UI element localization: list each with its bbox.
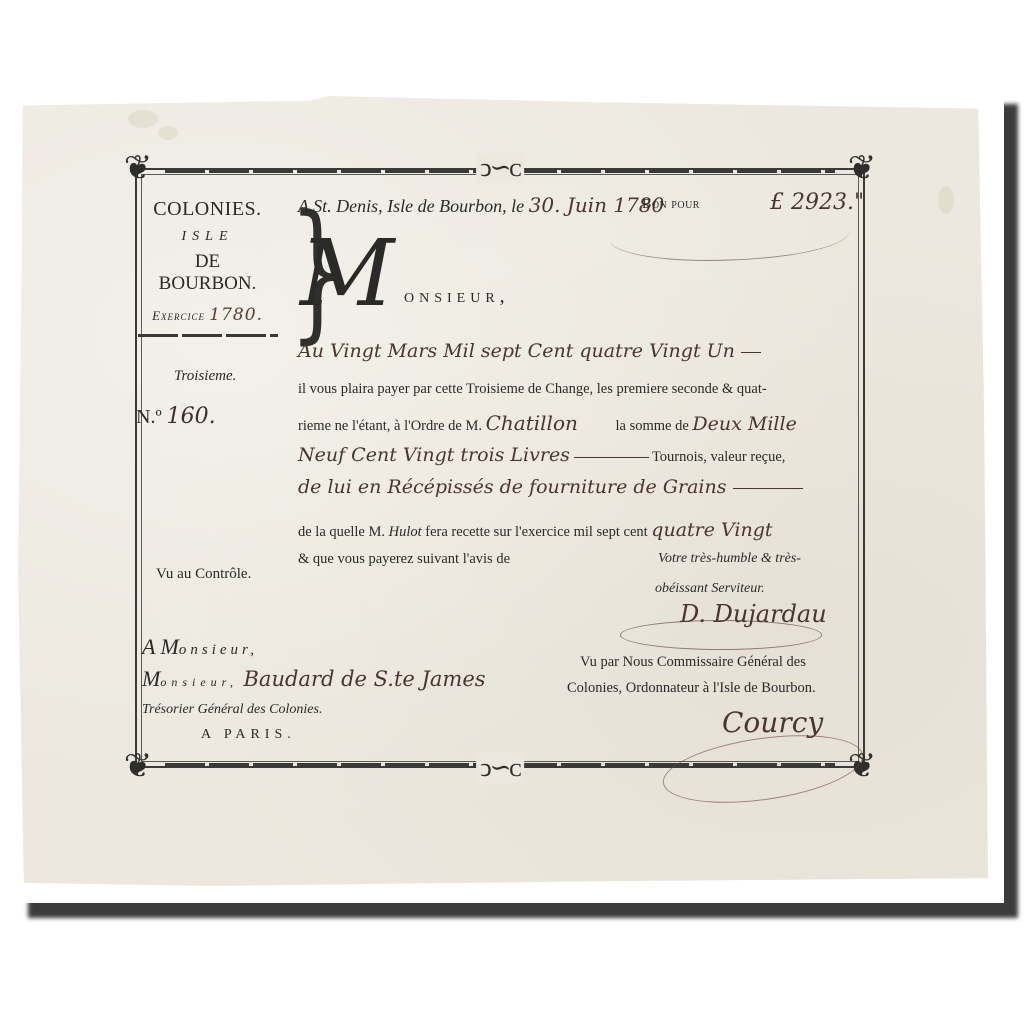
paper-stain [158,126,178,140]
address-rest: onsieur, [179,642,258,658]
closing-line-1: Votre très-humble & très- [658,551,801,567]
scroll-corner-icon: ❦ [121,750,155,784]
signature-courcy: Courcy [722,706,823,739]
place-printed: A St. Denis, Isle de Bourbon, le [298,196,524,216]
body-line-5: de lui en Récépissés de fourniture de Gr… [298,476,803,498]
due-date-handwritten: Au Vingt Mars Mil sept Cent quatre Vingt… [298,340,735,362]
exercice-year: 1780. [209,305,263,325]
body-line-7: & que vous payerez suivant l'avis de [298,551,510,568]
colony-header-box: COLONIES. ISLE DE BOURBON. Exercice 1780… [145,198,270,325]
sum-handwritten-end: Neuf Cent Vingt trois Livres [298,444,570,466]
commissaire-line-1: Vu par Nous Commissaire Général des [580,654,806,671]
quelle-text: de la quelle M. [298,524,385,540]
address-line-2: Monsieur, Baudard de S.te James [142,666,486,692]
bill-number: N.º 160. [136,404,216,429]
scroll-ornament-icon: ↄ∽ᴄ [476,153,524,183]
order-text: rieme ne l'étant, à l'Ordre de M. [298,418,482,434]
scroll-ornament-icon: ↄ∽ᴄ [476,753,524,783]
sum-label: la somme de [616,418,689,434]
number-value: 160. [167,404,216,429]
sum-handwritten-start: Deux Mille [692,413,796,435]
address-initial: M [142,666,160,691]
paper-stain [128,110,158,128]
number-label: N.º [136,406,162,428]
scroll-corner-icon: ❦ [845,152,879,186]
exercice-label: Exercice [152,308,205,323]
hulot-name: Hulot [389,524,422,540]
body-line-3: rieme ne l'étant, à l'Ordre de M. Chatil… [298,411,797,435]
value-received-handwritten: de lui en Récépissés de fourniture de Gr… [298,476,727,498]
exercice-line: Exercice 1780. [145,305,270,325]
fill-rule [574,457,649,458]
body-line-1: Au Vingt Mars Mil sept Cent quatre Vingt… [298,340,761,362]
salutation-initial: M [300,228,394,320]
copy-label: Troisieme. [174,368,236,385]
address-line-3: Trésorier Général des Colonies. [142,702,322,718]
isle-heading: ISLE [145,229,270,245]
address-rest: onsieur, [160,675,238,689]
commissaire-line-2: Colonies, Ordonnateur à l'Isle de Bourbo… [567,680,816,697]
year-handwritten: quatre Vingt [651,519,772,541]
header-box-rule [138,334,278,337]
vu-au-controle: Vu au Contrôle. [156,566,251,583]
addressee-handwritten: Baudard de S.te James [244,667,486,691]
paper-stain [938,186,954,214]
tournois-text: Tournois, valeur reçue, [652,449,785,465]
body-line-6: de la quelle M. Hulot fera recette sur l… [298,519,773,541]
fill-rule [741,352,761,353]
payee-handwritten: Chatillon [486,411,578,435]
body-line-2: il vous plaira payer par cette Troisieme… [298,381,767,398]
address-line-1: A Monsieur, [142,634,258,660]
address-initial: A M [142,634,179,659]
scroll-corner-icon: ❦ [121,152,155,186]
exercice-text: fera recette sur l'exercice mil sept cen… [425,524,647,540]
controle-text: Vu au Contrôle. [156,566,251,582]
bourbon-heading: DE BOURBON. [145,251,270,295]
fill-rule [733,488,803,489]
salutation-rest: onsieur, [404,285,510,308]
colonies-heading: COLONIES. [145,198,270,221]
address-line-4: A PARIS. [201,727,296,743]
signature-flourish [620,620,822,650]
body-line-4: Neuf Cent Vingt trois Livres Tournois, v… [298,444,785,466]
closing-line-2: obéissant Serviteur. [655,581,765,597]
